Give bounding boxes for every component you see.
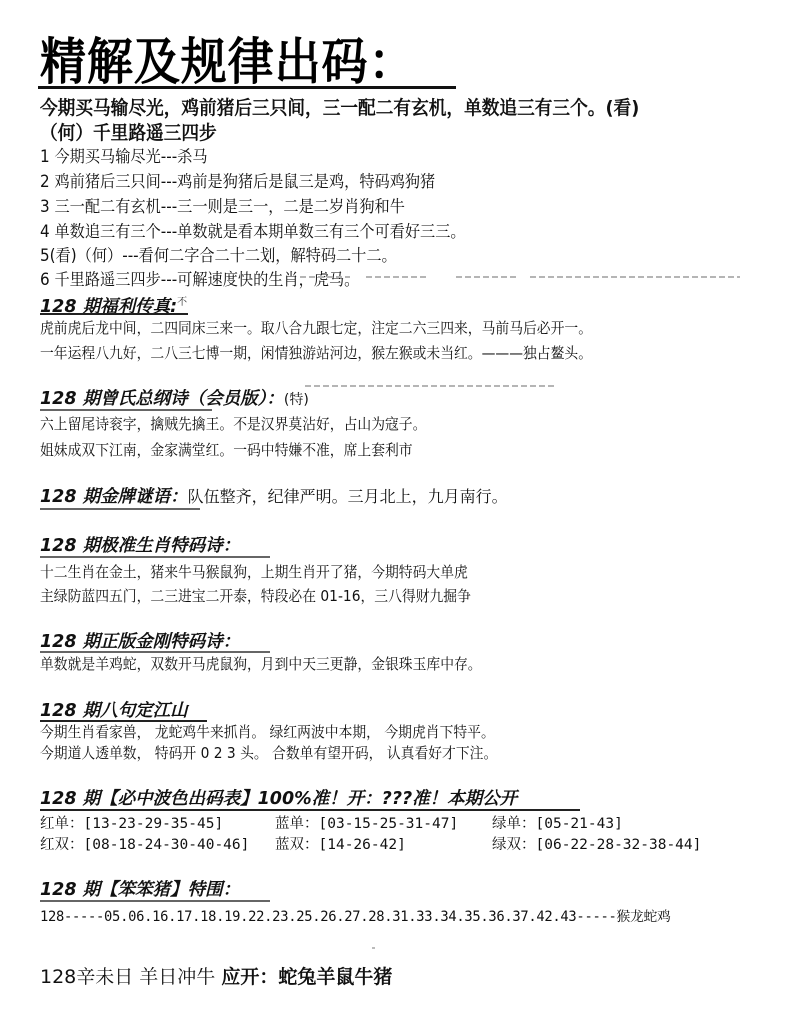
zengshi-line: 姐妹成双下江南，金家满堂红。一码中特嫌不准，席上套利市 <box>40 440 413 460</box>
explanation-item: 4 单数追三有三个---单数就是看本期单数三有三个可看好三三。 <box>40 221 466 243</box>
wave-label: 绿双： <box>492 837 536 853</box>
section-underline <box>40 556 270 558</box>
wave-red-single: 红单：[13-23-29-35-45] <box>40 814 223 834</box>
shengxiao-line: 主绿防蓝四五门，二三进宝二开泰，特段必在 01-16，三八得财九掘争 <box>40 586 471 606</box>
section-title-zengshi: 128 期曾氏总纲诗（会员版）：(特) <box>40 388 309 411</box>
section-title-bozhong: 128 期【必中波色出码表】100%准！开：???准！本期公开 <box>40 788 517 810</box>
tiny-note: (特) <box>284 392 309 408</box>
faint-artifact-line <box>530 276 740 278</box>
faint-artifact-line <box>456 276 516 278</box>
wave-blue-double: 蓝双：[14-26-42] <box>275 835 406 855</box>
faint-artifact-line <box>305 385 555 387</box>
wave-numbers: [08-18-24-30-40-46] <box>84 837 250 853</box>
intro-verse-line-2: （何）千里路遥三四步 <box>40 121 217 145</box>
jingang-line: 单数就是羊鸡蛇，双数开马虎鼠狗，月到中天三更静，金银珠玉库中存。 <box>40 654 482 674</box>
wave-label: 红双： <box>40 837 84 853</box>
explanation-item: 2 鸡前猪后三只间---鸡前是狗猪后是鼠三是鸡，特码鸡狗猪 <box>40 171 435 193</box>
section-title-text: 128 期曾氏总纲诗（会员版）： <box>40 389 284 409</box>
section-title-bajv: 128 期八句定江山 <box>40 700 188 722</box>
title-underline <box>38 86 456 89</box>
section-underline <box>40 651 270 653</box>
final-prefix: 128辛未日 羊日冲牛 <box>40 966 215 988</box>
wave-numbers: [03-15-25-31-47] <box>319 816 459 832</box>
wave-numbers: [06-22-28-32-38-44] <box>536 837 702 853</box>
fuli-line: 虎前虎后龙中间，二四同床三来一。取八合九跟七定，注定二六三四来，马前马后必开一。 <box>40 318 592 338</box>
bajv-line: 今期道人透单数， 特码开 0 2 3 头。 合数单有望开码， 认真看好才下注。 <box>40 743 497 763</box>
section-underline <box>40 313 188 315</box>
page-title: 精解及规律出码： <box>40 34 415 90</box>
shengxiao-line: 十二生肖在金土，猪来牛马猴鼠狗，上期生肖开了猪，今期特码大单虎 <box>40 562 468 582</box>
explanation-item: 1 今期买马输尽光---杀马 <box>40 146 208 168</box>
final-value: 蛇兔羊鼠牛猪 <box>278 966 392 988</box>
wave-label: 红单： <box>40 816 84 832</box>
intro-verse-line-1: 今期买马输尽光，鸡前猪后三只间，三一配二有玄机，单数追三有三个。(看) <box>40 96 639 120</box>
wave-numbers: [13-23-29-35-45] <box>84 816 224 832</box>
jinpai-riddle: 队伍整齐，纪律严明。三月北上，九月南行。 <box>188 487 508 506</box>
explanation-item: 6 千里路遥三四步---可解速度快的生肖，虎马。 <box>40 269 359 291</box>
faint-artifact-line <box>366 276 426 278</box>
wave-label: 蓝单： <box>275 816 319 832</box>
section-underline <box>40 900 270 902</box>
explanation-item: 3 三一配二有玄机---三一则是三一，二是二岁肖狗和牛 <box>40 196 405 218</box>
wave-green-single: 绿单：[05-21-43] <box>492 814 623 834</box>
section-title-shengxiao: 128 期极准生肖特码诗： <box>40 535 240 557</box>
wave-numbers: [05-21-43] <box>536 816 623 832</box>
wave-blue-single: 蓝单：[03-15-25-31-47] <box>275 814 458 834</box>
wave-label: 绿单： <box>492 816 536 832</box>
tiny-note: 不 <box>177 297 187 308</box>
wave-green-double: 绿双：[06-22-28-32-38-44] <box>492 835 701 855</box>
final-label: 应开： <box>221 966 278 988</box>
section-underline <box>40 409 212 411</box>
section-underline <box>40 809 580 811</box>
section-title-jinpai: 128 期金牌谜语：队伍整齐，纪律严明。三月北上，九月南行。 <box>40 486 508 508</box>
faint-artifact-line <box>300 276 350 278</box>
section-underline <box>40 508 200 510</box>
zengshi-line: 六上留尾诗衮字，擒贼先擒王。不是汉界莫沾好，占山为寇子。 <box>40 414 426 434</box>
section-title-jingang: 128 期正版金刚特码诗： <box>40 631 240 653</box>
wave-red-double: 红双：[08-18-24-30-40-46] <box>40 835 249 855</box>
fuli-line: 一年运程八九好，二八三七博一期，闲情独游站河边，猴左猴或未当红。———独占鳌头。 <box>40 343 592 363</box>
section-title-benzhu: 128 期【笨笨猪】特围： <box>40 879 240 901</box>
wave-numbers: [14-26-42] <box>319 837 406 853</box>
explanation-item: 5(看)（何）---看何二字合二十二划，解特码二十二。 <box>40 245 397 267</box>
bajv-line: 今期生肖看家兽， 龙蛇鸡牛来抓肖。 绿红两波中本期， 今期虎肖下特平。 <box>40 722 495 742</box>
final-prediction: 128辛未日 羊日冲牛 应开：蛇兔羊鼠牛猪 <box>40 962 392 989</box>
wave-label: 蓝双： <box>275 837 319 853</box>
scan-speck <box>372 947 375 949</box>
benzhu-numbers: 128-----05.06.16.17.18.19.22.23.25.26.27… <box>40 905 670 925</box>
section-title-text: 128 期金牌谜语： <box>40 487 188 507</box>
